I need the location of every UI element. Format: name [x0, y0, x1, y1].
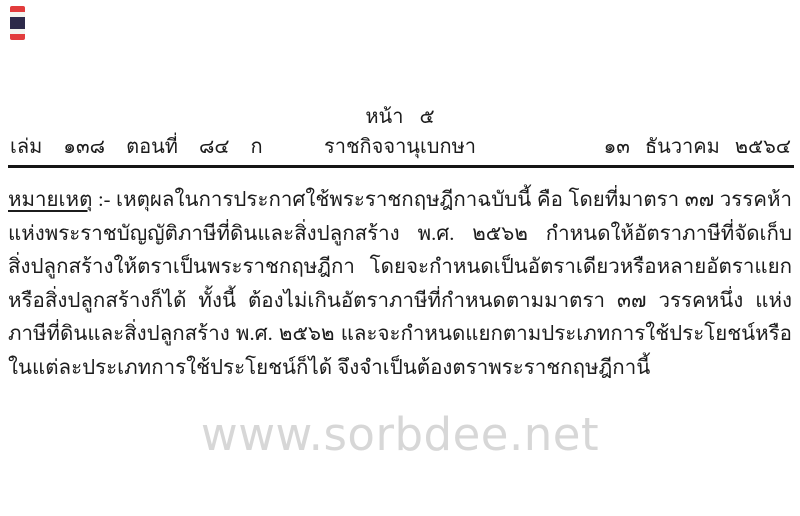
flag-stripe-blue [10, 17, 25, 28]
note-line: ในแต่ละประเภทการใช้ประโยชน์ก็ได้ จึงจำเป… [8, 352, 792, 386]
volume-part-group: เล่ม ๑๓๘ ตอนที่ ๘๔ ก [10, 133, 263, 161]
header-rule [8, 165, 794, 168]
note-line-text: :- เหตุผลในการประกาศใช้พระราชกฤษฎีกาฉบับ… [98, 189, 792, 211]
gazette-date: ๑๓ ธันวาคม ๒๕๖๔ [604, 133, 791, 161]
part-label: ตอนที่ [126, 133, 178, 161]
watermark: www.sorbdee.net [0, 408, 800, 461]
note-label: หมายเหตุ [8, 189, 92, 211]
part-number: ๘๔ [199, 133, 230, 161]
volume-number: ๑๓๘ [63, 133, 105, 161]
date-year: ๒๕๖๔ [735, 133, 791, 161]
page-label: หน้า [365, 106, 403, 128]
page-number: ๕ [419, 106, 434, 128]
section-letter: ก [251, 133, 263, 161]
note-line: หรือสิ่งปลูกสร้างก็ได้ ทั้งนี้ ต้องไม่เก… [8, 285, 792, 319]
note-line: หมายเหตุ :- เหตุผลในการประกาศใช้พระราชกฤ… [8, 184, 792, 218]
date-month: ธันวาคม [645, 133, 720, 161]
note-paragraph: หมายเหตุ :- เหตุผลในการประกาศใช้พระราชกฤ… [8, 184, 792, 386]
note-line: แห่งพระราชบัญญัติภาษีที่ดินและสิ่งปลูกสร… [8, 218, 792, 252]
gazette-header-row: ราชกิจจานุเบกษา เล่ม ๑๓๘ ตอนที่ ๘๔ ก ๑๓ … [0, 133, 800, 163]
note-line: สิ่งปลูกสร้างให้ตราเป็นพระราชกฤษฎีกา โดย… [8, 251, 792, 285]
flag-stripe-red [10, 34, 25, 40]
gazette-page: หน้า๕ ราชกิจจานุเบกษา เล่ม ๑๓๘ ตอนที่ ๘๔… [0, 0, 800, 516]
thai-flag-icon [10, 6, 25, 40]
note-line: ภาษีที่ดินและสิ่งปลูกสร้าง พ.ศ. ๒๕๖๒ และ… [8, 318, 792, 352]
page-number-row: หน้า๕ [0, 104, 800, 130]
volume-label: เล่ม [10, 133, 42, 161]
date-day: ๑๓ [604, 133, 630, 161]
